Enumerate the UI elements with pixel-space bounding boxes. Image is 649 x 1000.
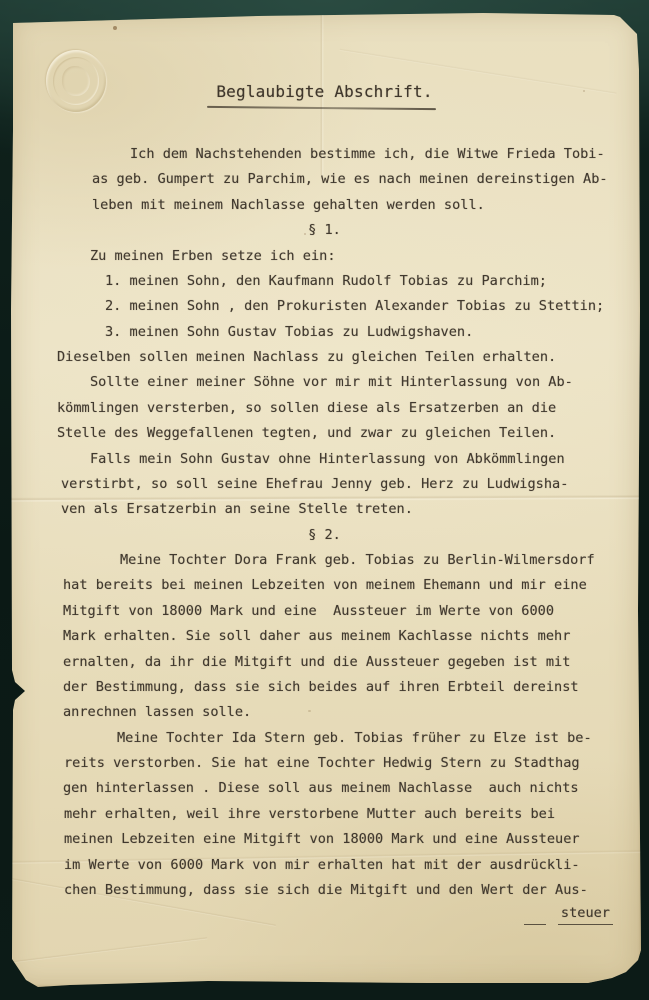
paper-speck (113, 26, 117, 30)
text-line: mehr erhalten, weil ihre verstorbene Mut… (8, 802, 641, 827)
text-line: Mark erhalten. Sie soll daher aus meinem… (8, 624, 641, 649)
text-line: gen hinterlassen . Diese soll aus meinem… (8, 776, 641, 801)
list-item: 2. meinen Sohn , den Prokuristen Alexand… (8, 294, 641, 319)
text-line: reits verstorben. Sie hat eine Tochter H… (8, 751, 641, 776)
embossed-seal-icon (46, 50, 106, 112)
section-heading: § 1. (8, 218, 641, 243)
text-line: Ich dem Nachstehenden bestimme ich, die … (8, 142, 641, 167)
catchword: steuer (524, 903, 613, 925)
text-line: Falls mein Sohn Gustav ohne Hinterlassun… (8, 447, 641, 472)
text-line: der Bestimmung, dass sie sich beides auf… (8, 675, 641, 700)
list-item: 1. meinen Sohn, den Kaufmann Rudolf Tobi… (8, 269, 641, 294)
document-body: Ich dem Nachstehenden bestimme ich, die … (8, 142, 641, 903)
text-line: leben mit meinem Nachlasse gehalten werd… (8, 193, 641, 218)
title-underline (207, 106, 436, 110)
text-line: hat bereits bei meinen Lebzeiten von mei… (8, 573, 641, 598)
catchword-text: steuer (558, 903, 613, 925)
text-line: anrechnen lassen solle. (8, 700, 641, 725)
photo-background: Beglaubigte Abschrift. Ich dem Nachstehe… (0, 0, 649, 1000)
text-line: Dieselben sollen meinen Nachlass zu glei… (8, 345, 641, 370)
text-line: Mitgift von 18000 Mark und eine Aussteue… (8, 599, 641, 624)
text-line: verstirbt, so soll seine Ehefrau Jenny g… (8, 472, 641, 497)
list-item: 3. meinen Sohn Gustav Tobias zu Ludwigsh… (8, 320, 641, 345)
text-line: ven als Ersatzerbin an seine Stelle tret… (8, 497, 641, 522)
fold-crease-diagonal (0, 937, 207, 967)
document-title: Beglaubigte Abschrift. (8, 82, 641, 102)
text-line: chen Bestimmung, dass sie sich die Mitgi… (8, 878, 641, 903)
text-line: meinen Lebzeiten eine Mitgift von 18000 … (8, 827, 641, 852)
text-line: kömmlingen versterben, so sollen diese a… (8, 396, 641, 421)
text-line: Meine Tochter Dora Frank geb. Tobias zu … (8, 548, 641, 573)
section-heading: § 2. (8, 523, 641, 548)
text-line: Stelle des Weggefallenen tegten, und zwa… (8, 421, 641, 446)
document-page: Beglaubigte Abschrift. Ich dem Nachstehe… (8, 10, 641, 987)
text-line: Zu meinen Erben setze ich ein: (8, 244, 641, 269)
text-line: as geb. Gumpert zu Parchim, wie es nach … (8, 167, 641, 192)
text-line: Sollte einer meiner Söhne vor mir mit Hi… (8, 370, 641, 395)
text-line: im Werte von 6000 Mark von mir erhalten … (8, 853, 641, 878)
text-line: Meine Tochter Ida Stern geb. Tobias früh… (8, 726, 641, 751)
text-line: ernalten, da ihr die Mitgift und die Aus… (8, 650, 641, 675)
catchword-dash (524, 910, 546, 925)
